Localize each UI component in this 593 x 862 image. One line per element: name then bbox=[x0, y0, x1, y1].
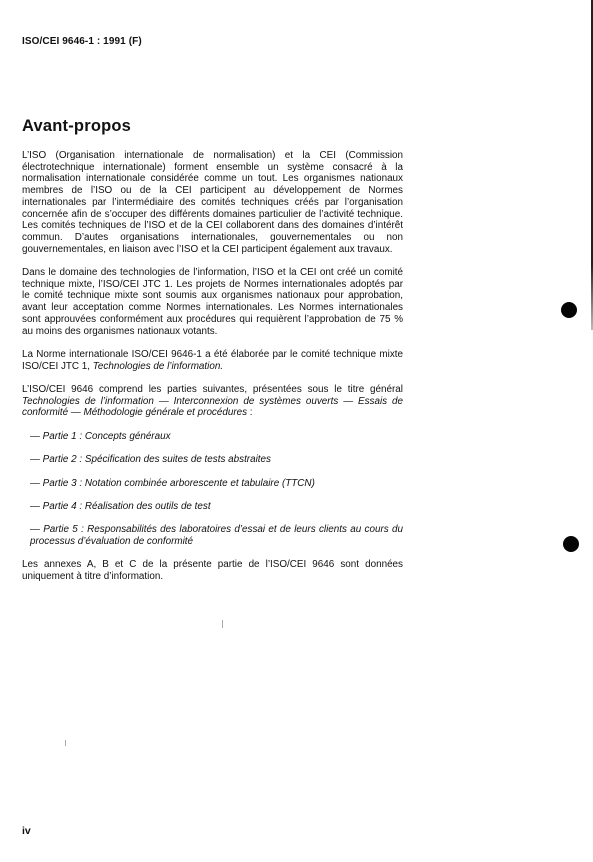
list-item-part-3: — Partie 3 : Notation combinée arboresce… bbox=[22, 478, 403, 490]
general-title: Technologies de l’information — Intercon… bbox=[22, 396, 403, 419]
list-item-part-2: — Partie 2 : Spécification des suites de… bbox=[22, 454, 403, 466]
list-item-part-4: — Partie 4 : Réalisation des outils de t… bbox=[22, 501, 403, 513]
document-reference: ISO/CEI 9646-1 : 1991 (F) bbox=[22, 36, 142, 47]
scan-speck bbox=[65, 740, 66, 746]
page-number: iv bbox=[22, 825, 31, 837]
paragraph-elaboration: La Norme internationale ISO/CEI 9646-1 a… bbox=[22, 349, 403, 372]
paragraph-organisations: L’ISO (Organisation internationale de no… bbox=[22, 150, 403, 255]
scan-speck bbox=[222, 620, 223, 628]
list-item-part-5: — Partie 5 : Responsabilités des laborat… bbox=[22, 524, 403, 547]
list-item-part-1: — Partie 1 : Concepts généraux bbox=[22, 431, 403, 443]
paragraph-jtc1: Dans le domaine des technologies de l’in… bbox=[22, 267, 403, 337]
parts-intro-colon: : bbox=[247, 407, 253, 418]
binder-hole-icon bbox=[563, 536, 579, 552]
page-title: Avant-propos bbox=[22, 117, 131, 136]
parts-intro-text: L’ISO/CEI 9646 comprend les parties suiv… bbox=[22, 384, 403, 395]
parts-list: — Partie 1 : Concepts généraux — Partie … bbox=[22, 431, 403, 548]
paragraph-annexes: Les annexes A, B et C de la présente par… bbox=[22, 559, 403, 582]
binder-hole-icon bbox=[561, 302, 577, 318]
foreword-body: L’ISO (Organisation internationale de no… bbox=[22, 150, 403, 595]
paragraph-parts-intro: L’ISO/CEI 9646 comprend les parties suiv… bbox=[22, 384, 403, 419]
committee-title: Technologies de l’information. bbox=[93, 361, 223, 372]
